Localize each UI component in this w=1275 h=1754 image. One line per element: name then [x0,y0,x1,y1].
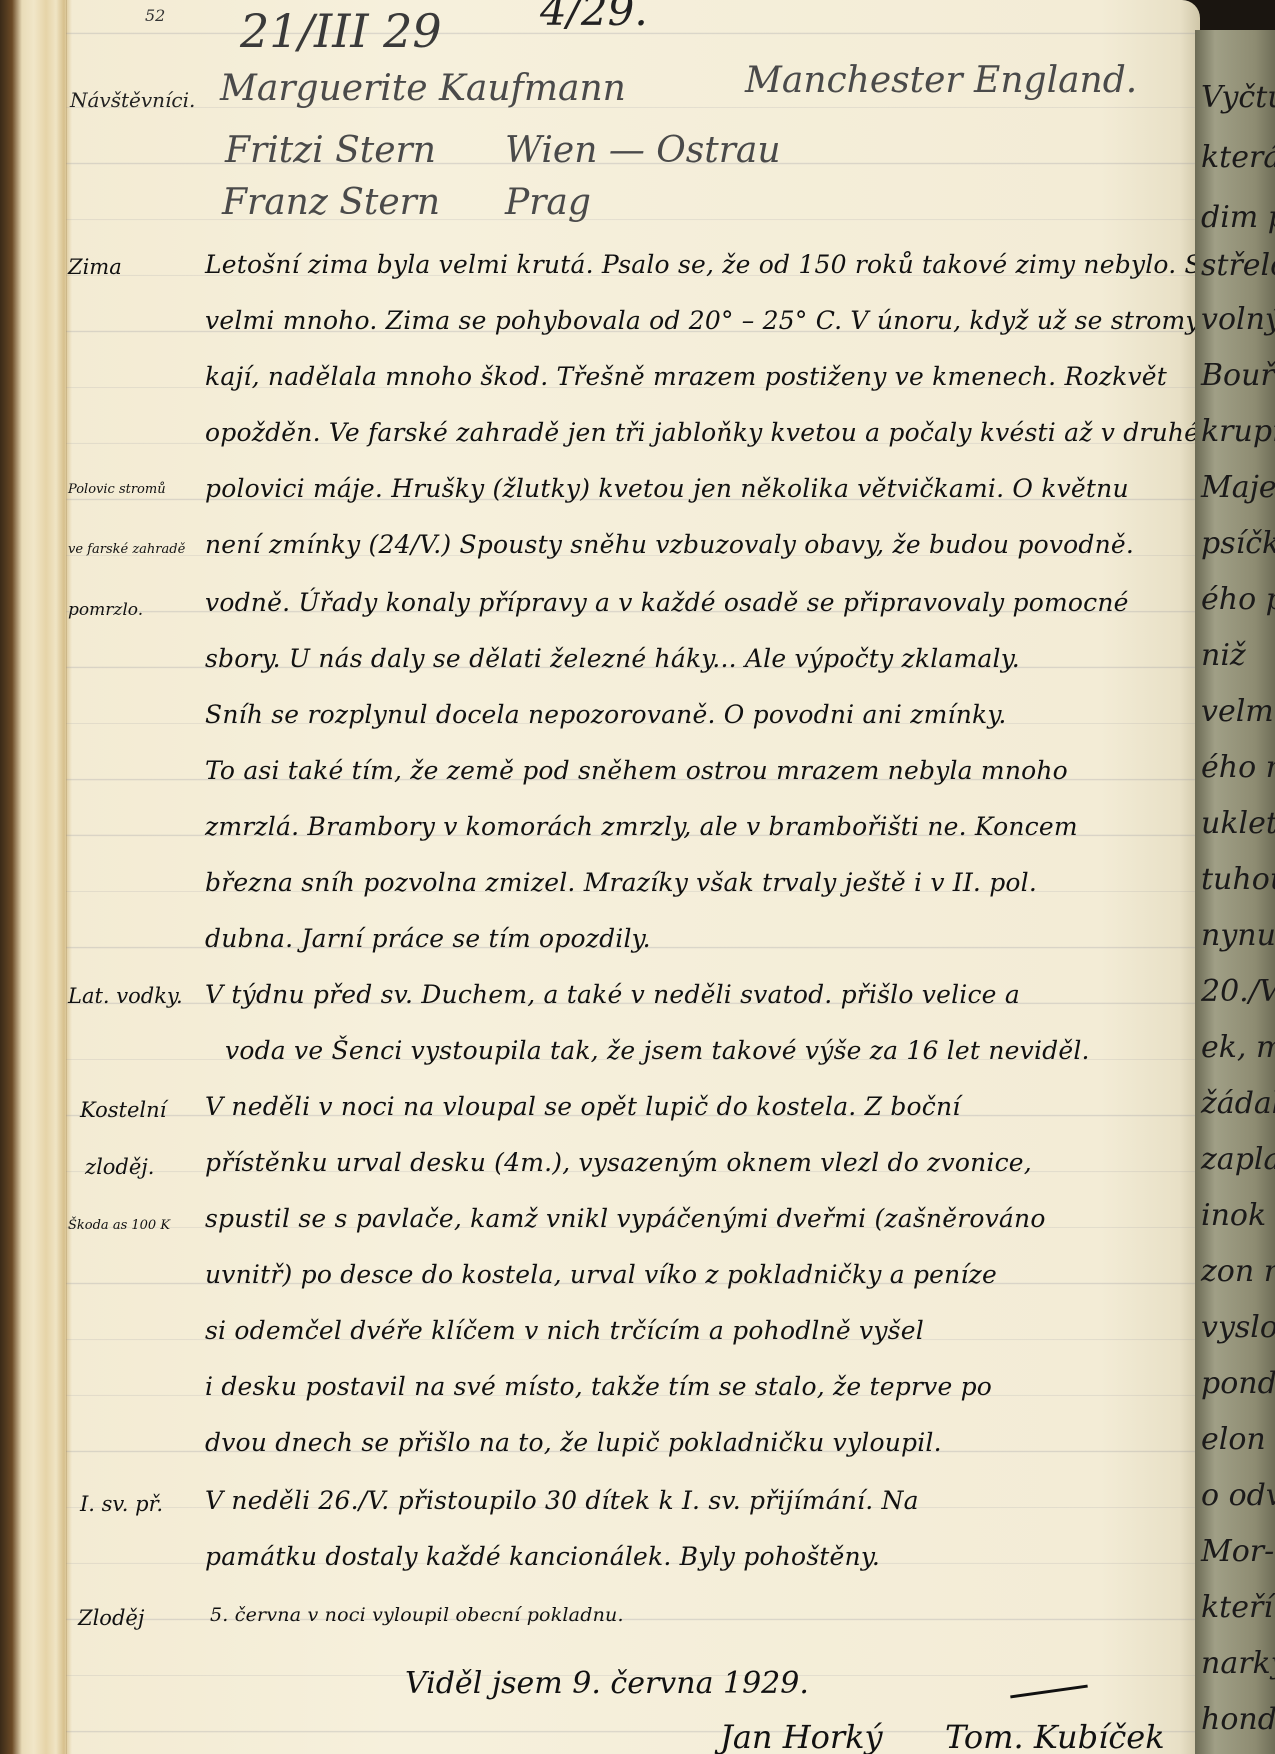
facing-page-text: Mor-O [1201,1534,1275,1569]
facing-page-text: narky [1201,1646,1275,1681]
facing-page-text: ek, mn [1201,1030,1275,1065]
text-line: velmi mnoho. Zima se pohybovala od 20° –… [205,306,1249,335]
text-line: není zmínky (24/V.) Spousty sněhu vzbuzo… [205,530,1134,559]
facing-page-text: žádal [1201,1086,1275,1121]
date-header: 21/III 29 [240,4,442,58]
text-line: V neděli 26./V. přistoupilo 30 dítek k I… [205,1486,919,1515]
text-line: dvou dnech se přišlo na to, že lupič pok… [205,1428,942,1457]
facing-page-text: Majetek [1201,470,1275,505]
margin-note: Zima [68,255,122,279]
text-line: památku dostaly každé kancionálek. Byly … [205,1542,880,1571]
text-line: vodně. Úřady konaly přípravy a v každé o… [205,588,1129,617]
facing-page-text: střelou [1201,248,1275,283]
visitor-place: Manchester England. [745,60,1137,101]
facing-page-text: 20./V. [1201,974,1275,1009]
text-line: spustil se s pavlače, kamž vnikl vypáčen… [205,1204,1046,1233]
margin-note: zloděj. [85,1155,154,1179]
facing-page-text: tuhou [1201,862,1275,897]
facing-page-text: kteří vy [1201,1590,1275,1625]
facing-page-text: o odv [1201,1478,1275,1513]
facing-page-text: hondn [1201,1702,1275,1737]
seen-note: Viděl jsem 9. června 1929. [405,1666,809,1701]
text-line: sbory. U nás daly se dělati železné háky… [205,644,1020,673]
text-line: uvnitř) po desce do kostela, urval víko … [205,1260,997,1289]
facing-page-text: ukletba, [1201,806,1275,841]
visitor-place: Prag [505,182,591,223]
visitor-name: Marguerite Kaufmann [220,68,626,109]
visitor-name: Fritzi Stern [225,130,436,171]
text-line: To asi také tím, že země pod sněhem ostr… [205,756,1068,785]
text-line: i desku postavil na své místo, takže tím… [205,1372,992,1401]
text-line: přístěnku urval desku (4m.), vysazeným o… [205,1148,1032,1177]
text-line: V týdnu před sv. Duchem, a také v neděli… [205,980,1020,1009]
visitor-name: Franz Stern [222,182,440,223]
facing-page-text: nynu [1201,918,1275,953]
facing-page-text: pondělí [1201,1366,1275,1401]
margin-note: ve farské zahradě [68,542,185,557]
text-line: 5. června v noci vyloupil obecní pokladn… [210,1604,624,1626]
facing-page-text: inok [1201,1198,1266,1233]
facing-page-text: krupne [1201,414,1275,449]
text-line: Sníh se rozplynul docela nepozorovaně. O… [205,700,1007,729]
facing-page-text: elon m [1201,1422,1275,1457]
facing-page-text: zaplat, [1201,1142,1275,1177]
facing-page-text: Vyčtu [1201,80,1275,115]
facing-page-text: zon m [1201,1254,1275,1289]
text-line: polovici máje. Hrušky (žlutky) kvetou je… [205,474,1129,503]
margin-note: pomrzlo. [68,600,143,620]
text-line: Letošní zima byla velmi krutá. Psalo se,… [205,250,1266,279]
text-line: dubna. Jarní práce se tím opozdily. [205,924,651,953]
text-line: V neděli v noci na vloupal se opět lupič… [205,1092,960,1121]
facing-page-text: niž [1201,638,1246,673]
facing-page-text: velmi [1201,694,1275,729]
facing-page-text: volný p [1201,302,1275,337]
facing-page-text: ého pě [1201,582,1275,617]
facing-page-text: Bouře [1201,358,1275,393]
margin-note: Lat. vodky. [68,984,183,1008]
text-line: si odemčel dvéře klíčem v nich trčícím a… [205,1316,924,1345]
page-number: 52 [145,6,165,25]
margin-note: Škoda as 100 K [68,1218,170,1233]
margin-rule [66,0,67,1754]
text-line: voda ve Šenci vystoupila tak, že jsem ta… [225,1036,1090,1065]
chronicle-page: 52 4/29. 21/III 29 Návštěvníci. Margueri… [0,0,1200,1754]
text-line: kají, nadělala mnoho škod. Třešně mrazem… [205,362,1167,391]
signature: Tom. Kubíček [945,1718,1165,1754]
facing-page-text: která, [1201,140,1275,175]
facing-page-text: psíčko. [1201,526,1275,561]
facing-page-text: dim p [1201,200,1275,235]
faint-header-date: 4/29. [540,0,648,35]
facing-page: Vyčtu která, dim p střelou volný p Bouře… [1195,30,1275,1754]
text-line: března sníh pozvolna zmizel. Mrazíky vša… [205,868,1037,897]
facing-page-text: vyslovon [1201,1310,1275,1345]
margin-note: Polovic stromů [68,482,166,497]
signature: Jan Horký [720,1718,883,1754]
text-line: zmrzlá. Brambory v komorách zmrzly, ale … [205,812,1078,841]
text-line: opožděn. Ve farské zahradě jen tři jablo… [205,418,1199,447]
facing-page-text: ého nep [1201,750,1275,785]
margin-note: Zloděj [78,1606,144,1630]
margin-note: I. sv. př. [80,1492,163,1516]
margin-note: Kostelní [80,1098,166,1122]
visitor-place: Wien — Ostrau [505,130,781,171]
visitors-label: Návštěvníci. [70,88,195,112]
